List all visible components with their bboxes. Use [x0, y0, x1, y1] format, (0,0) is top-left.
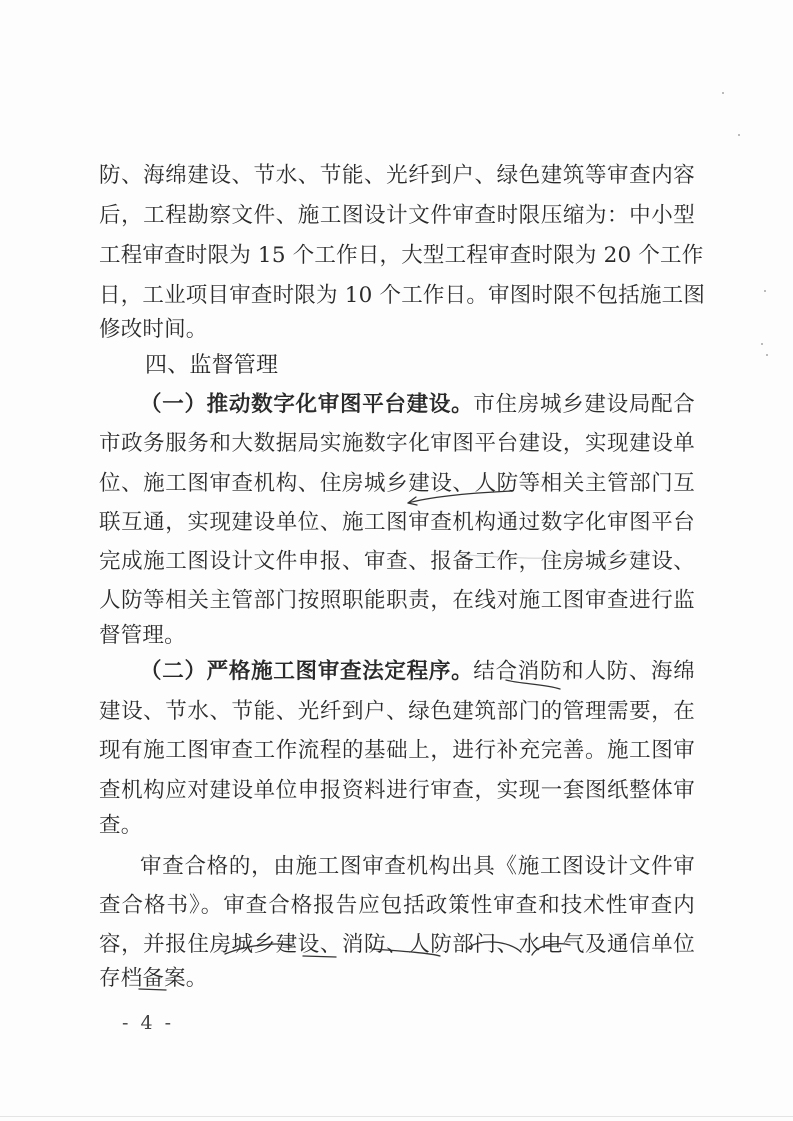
text-line: 督管理。: [99, 620, 695, 652]
text-line: 后，工程勘察文件、施工图设计文件审查时限压缩为：中小型: [99, 200, 695, 232]
scan-speck: [766, 354, 768, 356]
scan-speck: [722, 92, 724, 94]
text-line: 修改时间。: [99, 314, 695, 346]
text-line: 查。: [99, 810, 695, 842]
text-line: 完成施工图设计文件申报、审查、报备工作，住房城乡建设、: [99, 546, 695, 578]
text-line: 位、施工图审查机构、住房城乡建设、人防等相关主管部门互: [99, 468, 695, 500]
scan-speck: [738, 134, 740, 136]
subsection-2-title: （二）严格施工图审查法定程序。: [140, 659, 473, 684]
text-line: 现有施工图审查工作流程的基础上，进行补充完善。施工图审: [99, 735, 695, 767]
text-line: 人防等相关主管部门按照职能职责，在线对施工图审查进行监: [99, 585, 695, 617]
subsection-2-first-line: （二）严格施工图审查法定程序。结合消防和人防、海绵: [140, 656, 695, 688]
page-bottom-edge: [0, 1116, 793, 1117]
section-heading: 四、监督管理: [145, 350, 741, 382]
text-line: 工程审查时限为 15 个工作日，大型工程审查时限为 20 个工作: [99, 240, 695, 272]
text-line: 容，并报住房城乡建设、消防、人防部门、水电气及通信单位: [99, 929, 695, 961]
text-line: 联互通，实现建设单位、施工图审查机构通过数字化审图平台: [99, 507, 695, 539]
document-page: 防、海绵建设、节水、节能、光纤到户、绿色建筑等审查内容 后，工程勘察文件、施工图…: [0, 0, 793, 1121]
text-line: 日，工业项目审查时限为 10 个工作日。审图时限不包括施工图: [99, 280, 695, 312]
paragraph-3-first-line: 审查合格的，由施工图审查机构出具《施工图设计文件审: [140, 851, 695, 883]
text-line: 查机构应对建设单位申报资料进行审查，实现一套图纸整体审: [99, 775, 695, 807]
scan-speck: [764, 290, 766, 292]
text-line: 存档备案。: [99, 963, 695, 995]
subsection-1-first-line: （一）推动数字化审图平台建设。市住房城乡建设局配合: [140, 389, 695, 421]
subsection-2-text: 结合消防和人防、海绵: [473, 659, 695, 684]
text-line: 建设、节水、节能、光纤到户、绿色建筑部门的管理需要，在: [99, 696, 695, 728]
page-number: - 4 -: [122, 1012, 174, 1034]
subsection-1-text: 市住房城乡建设局配合: [473, 392, 695, 417]
text-line: 查合格书》。审查合格报告应包括政策性审查和技术性审查内: [99, 890, 695, 922]
subsection-1-title: （一）推动数字化审图平台建设。: [140, 392, 473, 417]
scan-speck: [761, 343, 763, 345]
text-line: 市政务服务和大数据局实施数字化审图平台建设，实现建设单: [99, 428, 695, 460]
text-line: 防、海绵建设、节水、节能、光纤到户、绿色建筑等审查内容: [99, 160, 695, 192]
